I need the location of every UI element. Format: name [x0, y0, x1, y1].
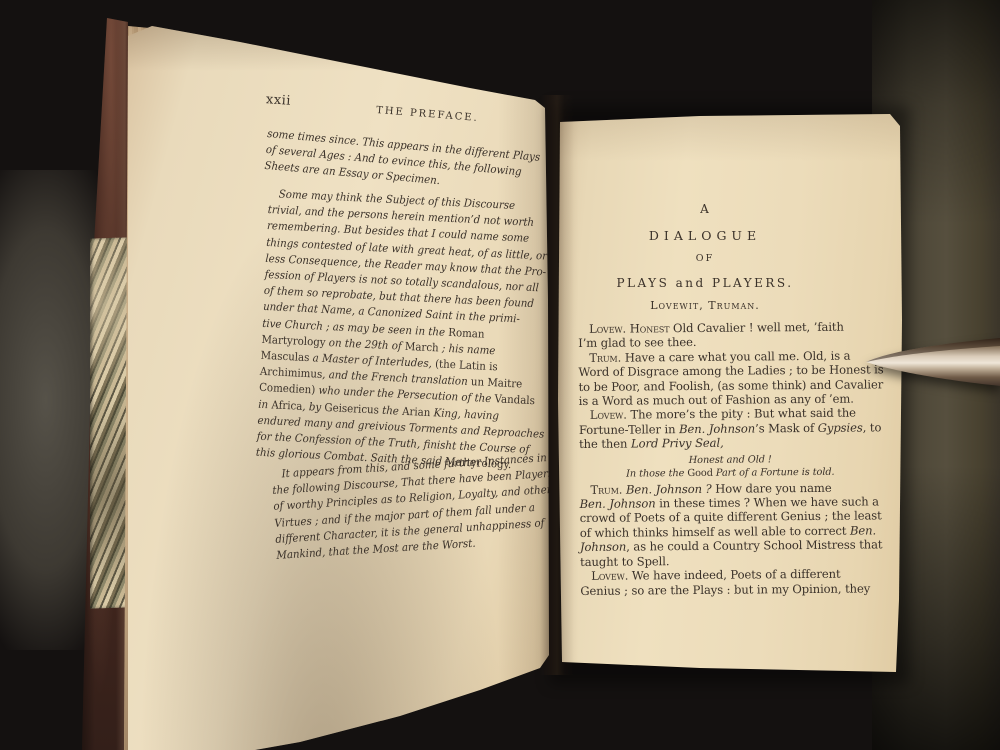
verse-couplet: Honest and Old !In those the Good Part o…	[579, 452, 881, 481]
dialogue-heading: A DIALOGUE OF PLAYS and PLAYERS. Lovewit…	[590, 202, 820, 312]
book-photo-scene: xxii THE PREFACE. some times since. This…	[0, 0, 1000, 750]
heading-a: A	[590, 202, 820, 216]
right-page: A DIALOGUE OF PLAYS and PLAYERS. Lovewit…	[554, 110, 906, 680]
heading-plays-and-players: PLAYS and PLAYERS.	[590, 276, 820, 290]
dialogue-paragraph-4: Trum. Ben. Johnson ? How dare you nameBe…	[579, 480, 882, 569]
dialogue-paragraph-2: Trum. Have a care what you call me. Old,…	[578, 348, 880, 408]
preface-paragraph-2: Some may think the Subject of this Disco…	[256, 186, 556, 475]
heading-speakers: Lovewit, Truman.	[590, 299, 820, 312]
dialogue-paragraph-3: Lovew. The more’s the pity : But what sa…	[579, 406, 881, 452]
dialogue-paragraph-5: Lovew. We have indeed, Poets of a differ…	[580, 566, 882, 597]
preface-paragraph-3: It appears from this, and some further I…	[271, 450, 558, 564]
dialogue-paragraph-1: Lovew. Honest Old Cavalier ! well met, ’…	[578, 319, 880, 350]
heading-of: OF	[590, 253, 820, 264]
left-page: xxii THE PREFACE. some times since. This…	[128, 20, 558, 750]
running-title: THE PREFACE.	[376, 105, 479, 124]
paper-knife-icon	[856, 332, 1000, 392]
dialogue-body: Lovew. Honest Old Cavalier ! well met, ’…	[578, 319, 882, 598]
heading-dialogue: DIALOGUE	[590, 228, 820, 243]
folio-number: xxii	[266, 92, 292, 109]
gutter-shadow	[540, 95, 574, 675]
marbled-endpaper	[90, 237, 128, 608]
